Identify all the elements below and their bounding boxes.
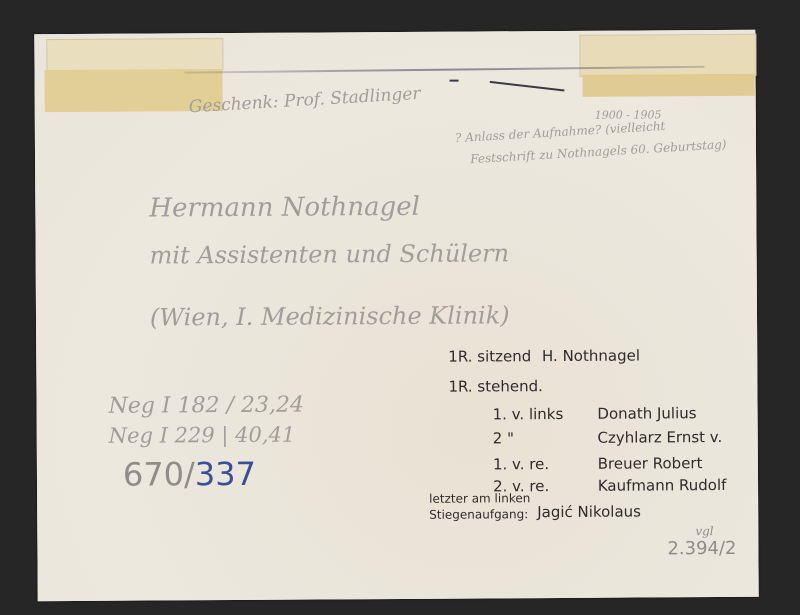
inventory-left: 670	[123, 455, 184, 493]
photo-back-card: Geschenk: Prof. Stadlinger 1900 - 1905 ?…	[34, 30, 758, 601]
catalog-number: 2.394/2	[667, 538, 736, 559]
identification-row: 1. v. links Donath Julius	[493, 404, 697, 423]
identification-name: Kaufmann Rudolf	[598, 476, 727, 495]
last-person-name: Jagić Nikolaus	[537, 503, 641, 522]
identification-row: 1. v. re. Breuer Robert	[493, 454, 703, 473]
title-line2: mit Assistenten und Schülern	[150, 239, 510, 269]
pencil-mark	[490, 81, 565, 92]
title-line1: Hermann Nothnagel	[149, 192, 420, 224]
identification-name: Breuer Robert	[598, 454, 703, 473]
identification-name: Czyhlarz Ernst v.	[597, 428, 722, 447]
identification-position: 2 "	[493, 429, 593, 448]
negative-ref-line1: Neg I 182 / 23,24	[108, 393, 304, 419]
identification-name: H. Nothnagel	[542, 347, 640, 366]
catalog-vgl: vgl	[695, 524, 713, 538]
identification-position: 1. v. links	[493, 405, 593, 424]
identification-position: 1R. stehend.	[448, 377, 543, 396]
identification-row: 2 " Czyhlarz Ernst v.	[493, 428, 723, 447]
pencil-mark	[450, 80, 459, 82]
identification-name: Donath Julius	[597, 404, 696, 423]
tape-strip-top-left	[46, 38, 223, 71]
identification-position: 1. v. re.	[493, 455, 593, 474]
inventory-number: 670/337	[123, 455, 256, 494]
tape-strip-top-right	[579, 34, 756, 77]
tape-strip-bottom-right	[583, 74, 755, 97]
title-line3: (Wien, I. Medizinische Klinik)	[150, 301, 510, 331]
last-person-label-line2: Stiegenaufgang:	[429, 507, 528, 522]
identification-position: 1R. sitzend	[448, 347, 531, 366]
inventory-right: 337	[195, 455, 256, 493]
identification-row: 1R. sitzend H. Nothnagel	[448, 347, 640, 366]
occasion-note-line1: ? Anlass der Aufnahme? (vielleicht	[455, 119, 666, 145]
identification-row: 1R. stehend.	[448, 377, 543, 396]
inventory-separator: /	[184, 455, 195, 493]
last-person-label-line1: letzter am linken	[429, 491, 530, 506]
donor-note: Geschenk: Prof. Stadlinger	[188, 84, 421, 118]
negative-ref-line2: Neg I 229 | 40,41	[109, 423, 296, 448]
